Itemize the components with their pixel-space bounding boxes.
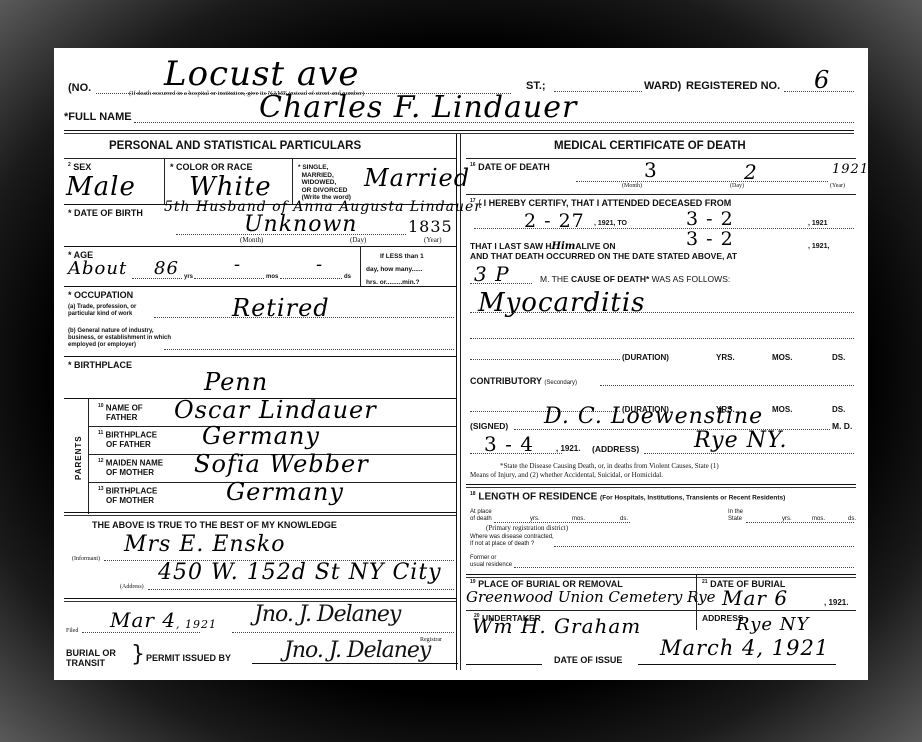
birthplace-value: Penn [204,368,268,396]
contributory-label: CONTRIBUTORY (Secondary) [470,376,577,386]
marital-label: * SINGLE, MARRIED, WIDOWED, OR DIVORCED … [298,164,351,202]
dob-day-label: (Day) [350,236,366,244]
physician-address: Rye NY. [694,428,788,453]
registered-label: REGISTERED NO. [686,80,780,92]
full-name-label: *FULL NAME [64,111,132,123]
age-months: - [234,254,241,275]
burial-place-value: Greenwood Union Cemetery Rye [466,588,716,606]
age-days: - [316,254,323,275]
personal-section-title: PERSONAL AND STATISTICAL PARTICULARS [109,140,361,152]
issue-label: DATE OF ISSUE [554,655,622,665]
mother-birthplace-label: 13 BIRTHPLACE OF MOTHER [98,485,157,505]
dob-label: * DATE OF BIRTH [68,208,143,218]
mother-birthplace-value: Germany [226,478,344,506]
dod-label: 16 DATE OF DEATH [470,162,550,172]
death-certificate: (NO. Locust ave (If death occurred in a … [54,48,868,680]
father-name-value: Oscar Lindauer [174,396,377,424]
marital-value: Married [364,164,470,192]
burial-transit-label: BURIAL OR TRANSIT [66,648,116,668]
street-value: Locust ave [164,54,360,94]
filed-year: , 1921 [176,618,217,631]
age-years: 86 [154,258,179,279]
burial-date-value: Mar 6 [722,586,788,610]
residence-label: 18 LENGTH OF RESIDENCE (For Hospitals, I… [470,491,785,502]
age-prefix: About [68,258,127,279]
dob-year-label: (Year) [424,236,442,244]
sex-label: 2 SEX [68,162,91,172]
mother-maiden-label: 12 MAIDEN NAME OF MOTHER [98,457,163,477]
occupation-label: * OCCUPATION [68,290,133,300]
footnote: *State the Disease Causing Death, or, in… [470,462,856,480]
father-birthplace-value: Germany [202,422,320,450]
issue-value: March 4, 1921 [660,636,829,660]
informant-address-value: 450 W. 152d St NY City [158,560,442,585]
attest-text: THE ABOVE IS TRUE TO THE BEST OF MY KNOW… [92,520,337,530]
birthplace-label: * BIRTHPLACE [68,360,132,370]
cause-heading: M. THE CAUSE OF DEATH* WAS AS FOLLOWS: [540,274,730,284]
parents-label: PARENTS [74,435,83,480]
attended-to: 3 - 2 [686,208,734,230]
last-saw-date: 3 - 2 [686,228,734,250]
race-label: * COLOR OR RACE [170,162,253,172]
father-name-label: 10 NAME OF FATHER [98,402,143,422]
filed-date-value: Mar 4 [110,608,176,632]
signed-label: (SIGNED) [470,421,508,431]
dod-year: 1921 [832,162,869,177]
informant-value: Mrs E. Ensko [124,532,285,557]
dod-month: 3 [644,158,658,182]
permit-label: PERMIT ISSUED BY [146,653,231,663]
physician-signature: D. C. Loewenstine [544,404,763,429]
father-birthplace-label: 11 BIRTHPLACE OF FATHER [98,429,157,449]
full-name-value: Charles F. Lindauer [259,90,577,125]
ward-label: WARD) [644,80,681,92]
medical-section-title: MEDICAL CERTIFICATE OF DEATH [554,140,746,152]
undertaker-address-value: Rye NY [736,614,809,635]
certify-text: 17 { I HEREBY CERTIFY, THAT I ATTENDED D… [470,198,731,208]
registrar-signature: Jno. J. Delaney [254,602,400,627]
dob-month-label: (Month) [240,236,263,244]
occurred-text: AND THAT DEATH OCCURRED ON THE DATE STAT… [470,251,737,261]
mother-maiden-value: Sofia Webber [194,450,369,478]
registered-value: 6 [814,66,830,94]
cause-value: Myocarditis [478,288,646,318]
less-than-day: If LESS than 1 day, how many...... hrs. … [366,250,424,289]
no-label: (NO. [68,82,91,94]
dob-year-value: 1835 [408,217,453,236]
permit-signature: Jno. J. Delaney [284,638,430,663]
undertaker-value: Wm H. Graham [472,614,641,638]
race-value: White [189,172,272,202]
sex-value: Male [66,172,136,202]
